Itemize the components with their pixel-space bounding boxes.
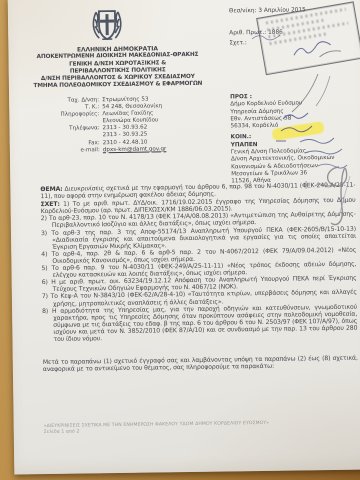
cc-block: ΚΟΙΝ.: ΥΠΑΠΕΝ Γενική Δ/νση Πολεοδομίας, … [231, 133, 335, 186]
letterhead: ΕΛΛΗΝΙΚΗ ΔΗΜΟΚΡΑΤΙΑ ΑΠΟΚΕΝΤΡΩΜΕΝΗ ΔΙΟΙΚΗ… [8, 44, 227, 91]
references-list: ΣΧΕΤ: 1) Το με αριθ. πρωτ. ΔΥΔ/οικ. 1716… [41, 197, 358, 343]
page-footer: «ΔΙΕΥΚΡΙΝΙΣΕΙΣ ΣΧΕΤΙΚΑ ΜΕ ΤΗΝ ΕΝΗΜΕΡΩΣΗ … [44, 421, 270, 436]
contact-row-email: e-mail: dpxs-km@damt.gov.gr [14, 145, 204, 155]
greek-coat-of-arms-icon [90, 7, 124, 43]
reference-item: 8) Η αρμοδιότητα της Υπηρεσίας μας, για … [42, 303, 357, 343]
closing-paragraph: Μετά το παραπάνω (1) σχετικό έγγραφό σας… [43, 355, 358, 374]
contact-label: e-mail: [14, 147, 103, 155]
document-body: ΘΕΜΑ: Διευκρινίσεις σχετικά με την εφαρμ… [40, 182, 358, 374]
contact-block: Ταχ. Δ/νση: Στρωμνίτσης 53 Τ. Κ.: 54 248… [13, 96, 204, 155]
email-address: dpxs-km@damt.gov.gr [103, 146, 167, 154]
paper-sheet: ΕΛΛΗΝΙΚΗ ΔΗΜΟΚΡΑΤΙΑ ΑΠΟΚΕΝΤΡΩΜΕΝΗ ΔΙΟΙΚΗ… [8, 0, 360, 474]
photographed-document-page: ΕΛΛΗΝΙΚΗ ΔΗΜΟΚΡΑΤΙΑ ΑΠΟΚΕΝΤΡΩΜΕΝΗ ΔΙΟΙΚΗ… [0, 0, 360, 480]
